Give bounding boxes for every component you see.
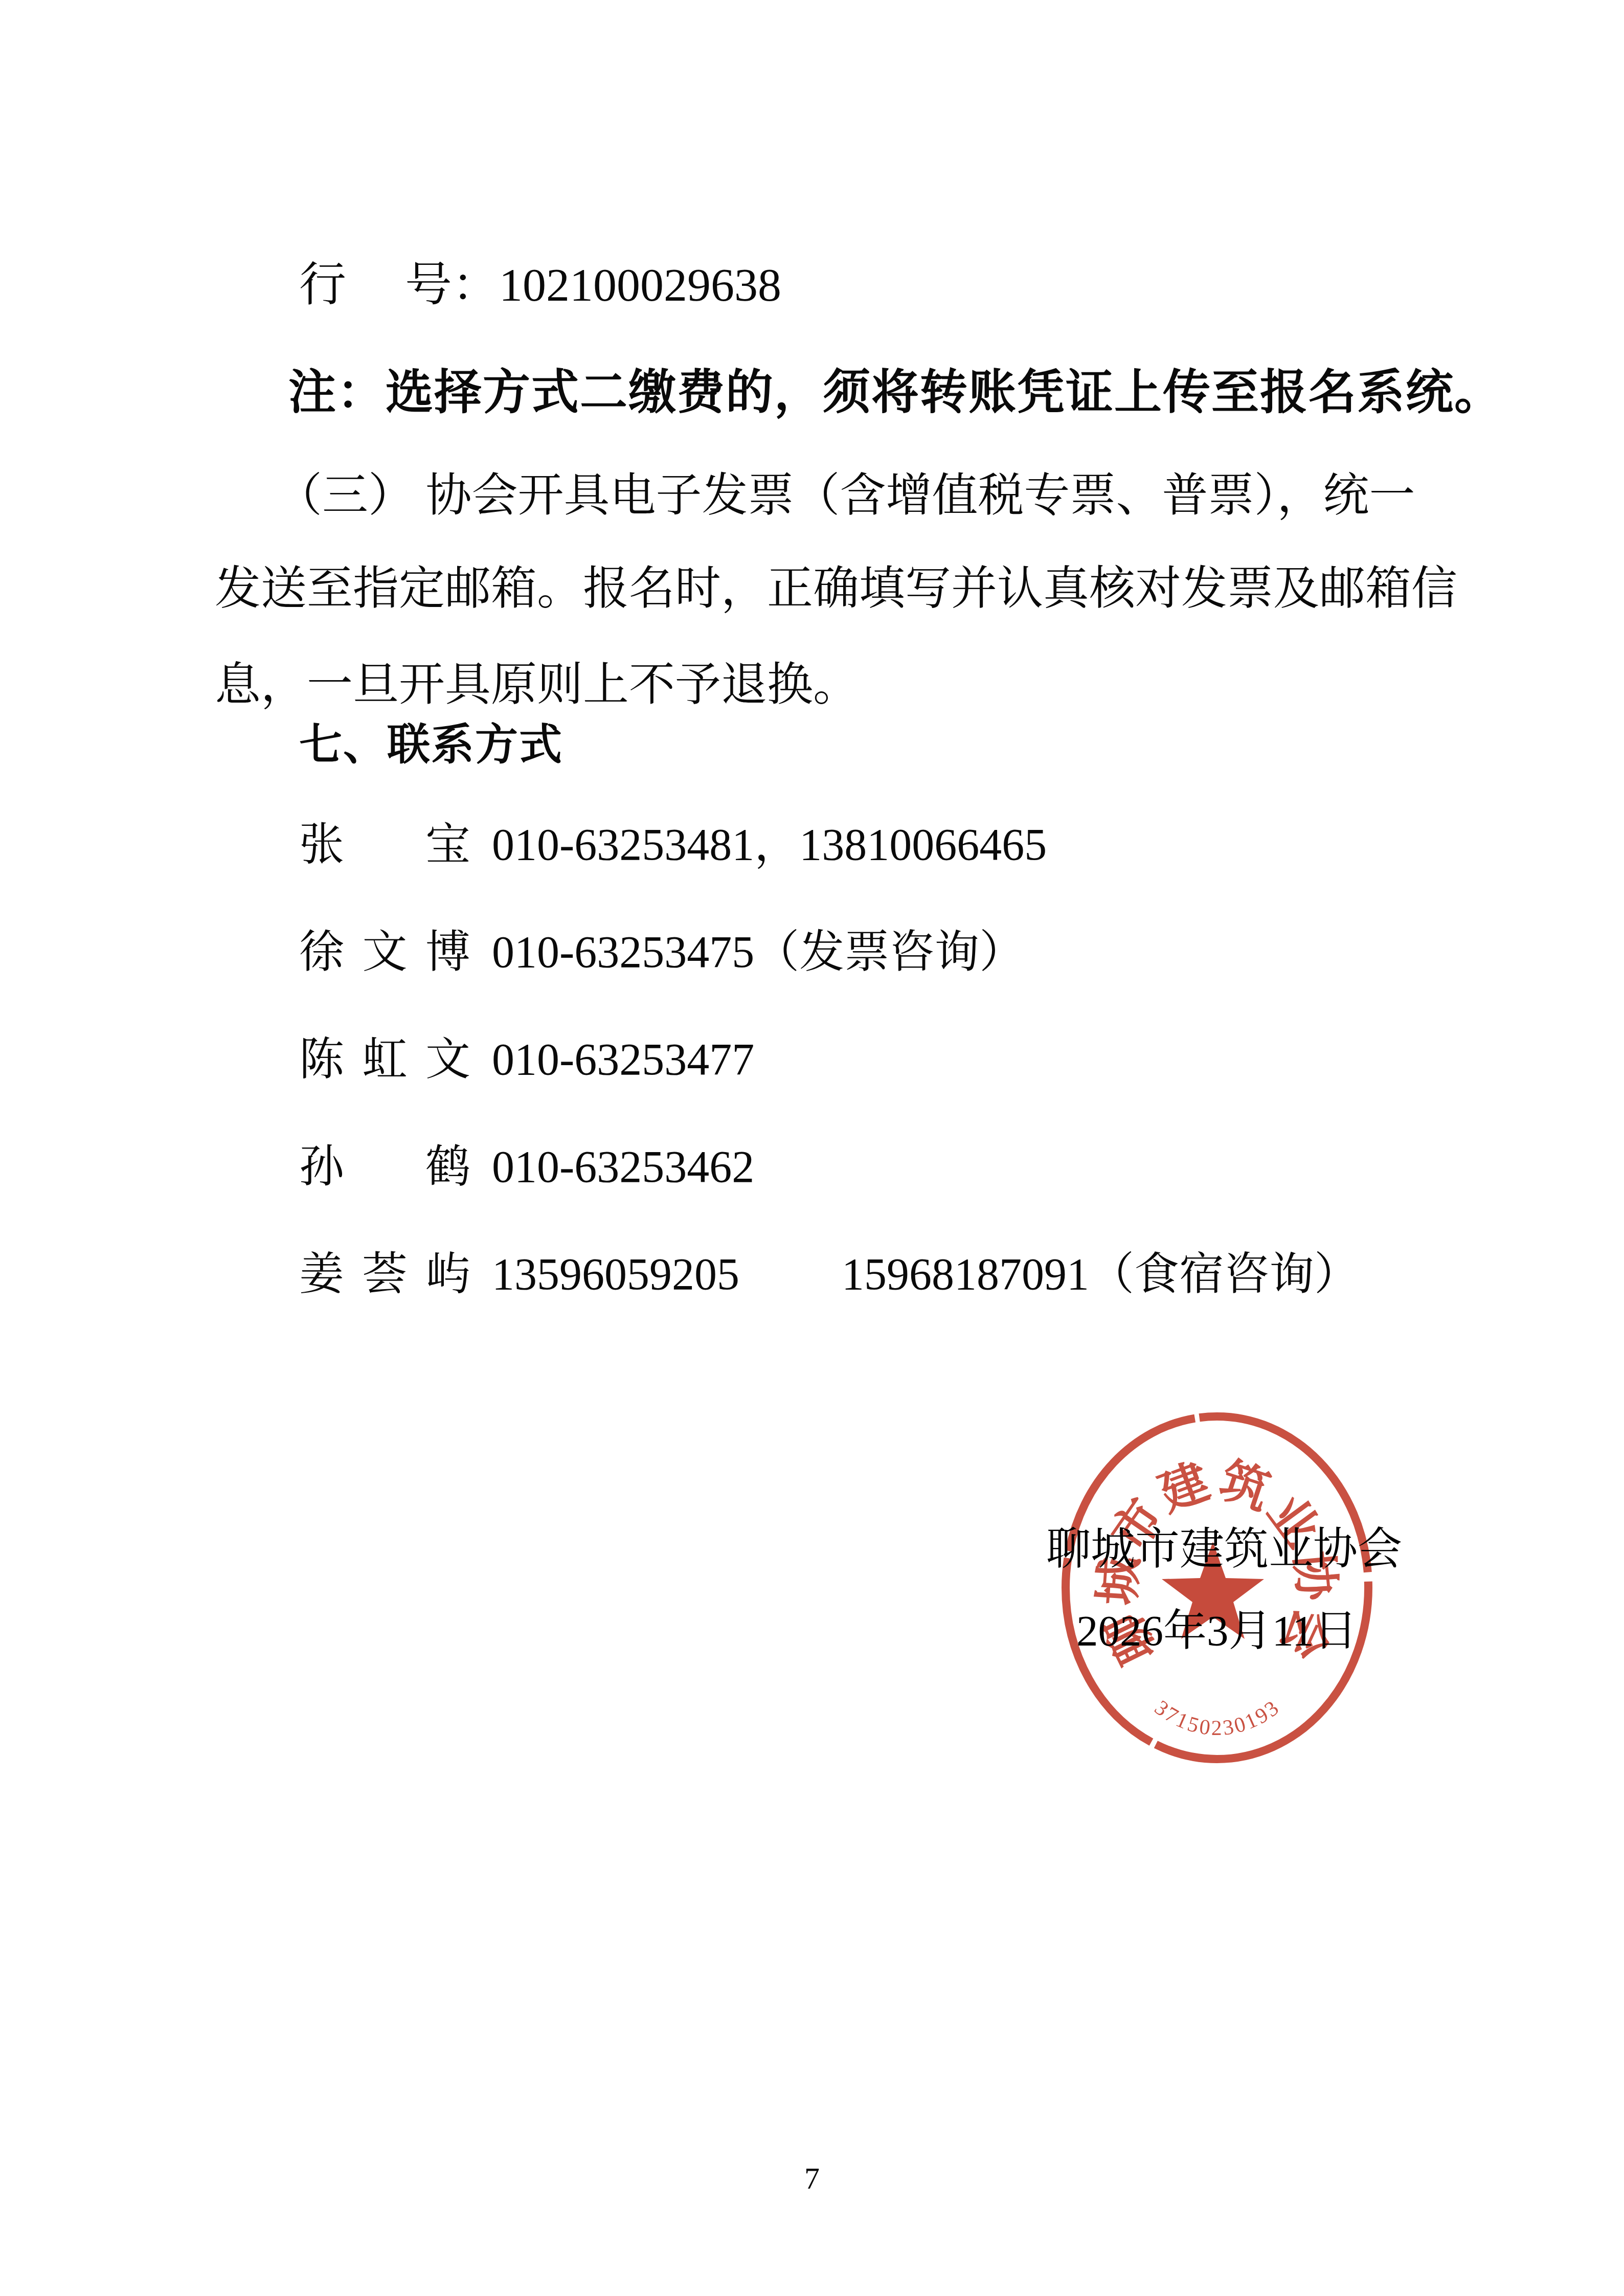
- official-seal-stamp: 聊城市建筑业协会 3715023019378: [1038, 1393, 1396, 1782]
- invoice-paragraph-line1: （三） 协会开具电子发票（含增值税专票、普票），统一: [276, 469, 1415, 523]
- contacts-section-heading: 七、联系方式: [299, 720, 563, 770]
- contact-name: 姜荟屿: [299, 1249, 470, 1300]
- contact-phone-secondary: 15968187091（食宿咨询）: [842, 1250, 1359, 1299]
- page-number: 7: [0, 2161, 1624, 2196]
- contact-phone: 010-63253477: [492, 1035, 754, 1085]
- contact-name: 张宝: [299, 819, 470, 871]
- contact-phone: 010-63253462: [492, 1142, 754, 1192]
- document-page: 行 号：102100029638 注：选择方式二缴费的，须将转账凭证上传至报名系…: [0, 0, 1624, 2296]
- invoice-paragraph-line3: 息，一旦开具原则上不予退换。: [215, 659, 859, 712]
- contact-row: 孙鹤010-63253462: [299, 1141, 754, 1193]
- bank-number-line: 行 号：102100029638: [299, 258, 781, 312]
- contact-row: 张宝010-63253481，13810066465: [299, 819, 1047, 871]
- contact-name: 徐文博: [299, 927, 470, 978]
- contact-name: 孙鹤: [299, 1141, 470, 1193]
- contact-phone: 13596059205: [492, 1250, 739, 1299]
- contact-row: 姜荟屿1359605920515968187091（食宿咨询）: [299, 1249, 1359, 1300]
- signature-date: 2026年3月11日: [1076, 1607, 1357, 1657]
- contact-row: 陈虹文010-63253477: [299, 1034, 754, 1086]
- note-line: 注：选择方式二缴费的，须将转账凭证上传至报名系统。: [288, 365, 1503, 420]
- contact-row: 徐文博010-63253475（发票咨询）: [299, 927, 1024, 978]
- contact-name: 陈虹文: [299, 1034, 470, 1086]
- signature-org-name: 聊城市建筑业协会: [1046, 1524, 1402, 1575]
- contact-phone: 010-63253475（发票咨询）: [492, 928, 1024, 977]
- invoice-paragraph-line2: 发送至指定邮箱。报名时，正确填写并认真核对发票及邮箱信: [215, 562, 1457, 616]
- seal-graphic: 聊城市建筑业协会 3715023019378: [1038, 1393, 1396, 1782]
- contact-phone: 010-63253481，13810066465: [492, 820, 1047, 870]
